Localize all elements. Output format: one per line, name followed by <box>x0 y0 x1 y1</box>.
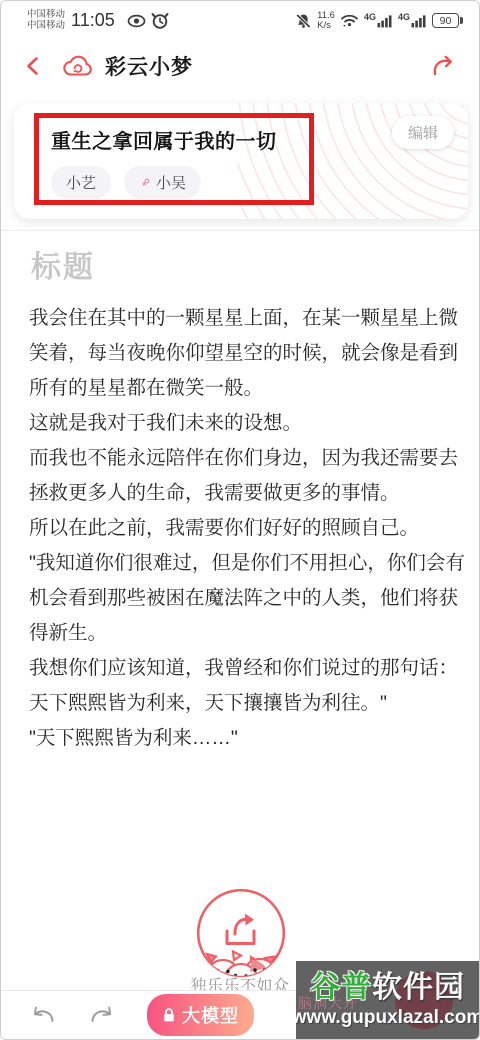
status-bar: 中国移动 中国移动 11:05 11.6 K/ <box>1 1 479 37</box>
phone-screen: 中国移动 中国移动 11:05 11.6 K/ <box>0 0 480 1040</box>
story-paragraph: 我会住在其中的一颗星星上面，在某一颗星星上微笑着，每当夜晚你仰望星空的时候，就会… <box>29 301 465 406</box>
redo-icon <box>88 1004 117 1026</box>
edit-button[interactable]: 编辑 <box>392 116 454 149</box>
alarm-clock-icon <box>151 12 169 29</box>
battery-percent: 90 <box>440 15 452 27</box>
story-paragraph: "我知道你们很难过，但是你们不用担心，你们会有机会看到那些被困在魔法阵之中的人类… <box>29 546 465 651</box>
network-speed-value: 11.6 <box>317 11 335 21</box>
character-tag-xiaowu[interactable]: ♀ 小吴 <box>124 166 201 199</box>
tag-label: 小吴 <box>156 172 186 193</box>
signal-sim1: 4G <box>364 14 393 28</box>
share-cats-icon <box>194 886 288 980</box>
app-header: 彩云小梦 <box>1 37 479 95</box>
signal-sim2: 4G <box>398 14 427 28</box>
network-type-sim2: 4G <box>398 12 410 22</box>
carrier-sim2: 中国移动 <box>27 21 65 32</box>
section-divider <box>1 230 479 231</box>
lock-icon <box>162 1007 176 1023</box>
network-type-sim1: 4G <box>364 12 376 22</box>
story-paragraph: 我想你们应该知道，我曾经和你们说过的那句话：天下熙熙皆为利来，天下攘攘皆为利往。… <box>29 651 465 721</box>
clock-time: 11:05 <box>71 10 115 31</box>
back-chevron-icon <box>23 55 45 77</box>
story-text-area[interactable]: 我会住在其中的一颗星星上面，在某一颗星星上微笑着，每当夜晚你仰望星空的时候，就会… <box>29 301 465 756</box>
character-tags: 小艺 ♀ 小吴 <box>51 166 299 199</box>
story-paragraph: "天下熙熙皆为利来……" <box>29 721 465 756</box>
app-logo-cloud-icon <box>61 53 95 80</box>
story-paragraph: 这就是我对于我们未来的设想。 <box>29 406 465 441</box>
tag-label: 小艺 <box>66 172 96 193</box>
large-model-button[interactable]: 大模型 <box>147 994 254 1036</box>
story-card: 编辑 重生之拿回属于我的一切 小艺 ♀ 小吴 <box>14 103 468 219</box>
page-title: 彩云小梦 <box>105 51 193 81</box>
signal-bars-icon <box>411 14 427 28</box>
signal-bars-icon <box>377 14 393 28</box>
title-input-placeholder[interactable]: 标题 <box>31 242 95 286</box>
share-story-button[interactable] <box>194 886 288 980</box>
share-button[interactable] <box>430 54 457 78</box>
carrier-labels: 中国移动 中国移动 <box>27 10 65 31</box>
undo-button[interactable] <box>28 1004 57 1026</box>
share-arrow-icon <box>430 54 457 78</box>
watermark-url: www.gupuxlazal.com <box>296 1007 479 1029</box>
story-paragraph: 而我也不能永远陪伴在你们身边，因为我还需要去拯救更多人的生命，我需要做更多的事情… <box>29 441 465 511</box>
story-title: 重生之拿回属于我的一切 <box>51 125 299 154</box>
character-tag-xiaoyi[interactable]: 小艺 <box>51 166 111 199</box>
model-button-label: 大模型 <box>182 1002 239 1028</box>
site-watermark: 脑洞大开 谷普软件园 www.gupuxlazal.com <box>296 961 479 1039</box>
site-name-part1: 谷普 <box>310 971 372 1004</box>
battery-indicator: 90 <box>432 13 459 28</box>
eye-protection-icon <box>127 14 146 28</box>
back-button[interactable] <box>23 55 45 77</box>
undo-icon <box>28 1004 57 1026</box>
redo-button[interactable] <box>88 1004 117 1026</box>
carrier-sim1: 中国移动 <box>27 10 65 21</box>
watermark-site-name: 谷普软件园 <box>310 971 465 1004</box>
network-speed: 11.6 K/s <box>317 11 335 31</box>
wifi-icon <box>340 13 359 28</box>
annotation-highlight-box: 重生之拿回属于我的一切 小艺 ♀ 小吴 <box>34 113 314 205</box>
network-speed-unit: K/s <box>317 21 335 31</box>
female-icon: ♀ <box>135 173 155 193</box>
site-name-part2: 软件园 <box>372 971 465 1004</box>
story-paragraph: 所以在此之前，我需要你们好好的照顾自己。 <box>29 511 465 546</box>
notifications-muted-icon <box>295 13 312 29</box>
